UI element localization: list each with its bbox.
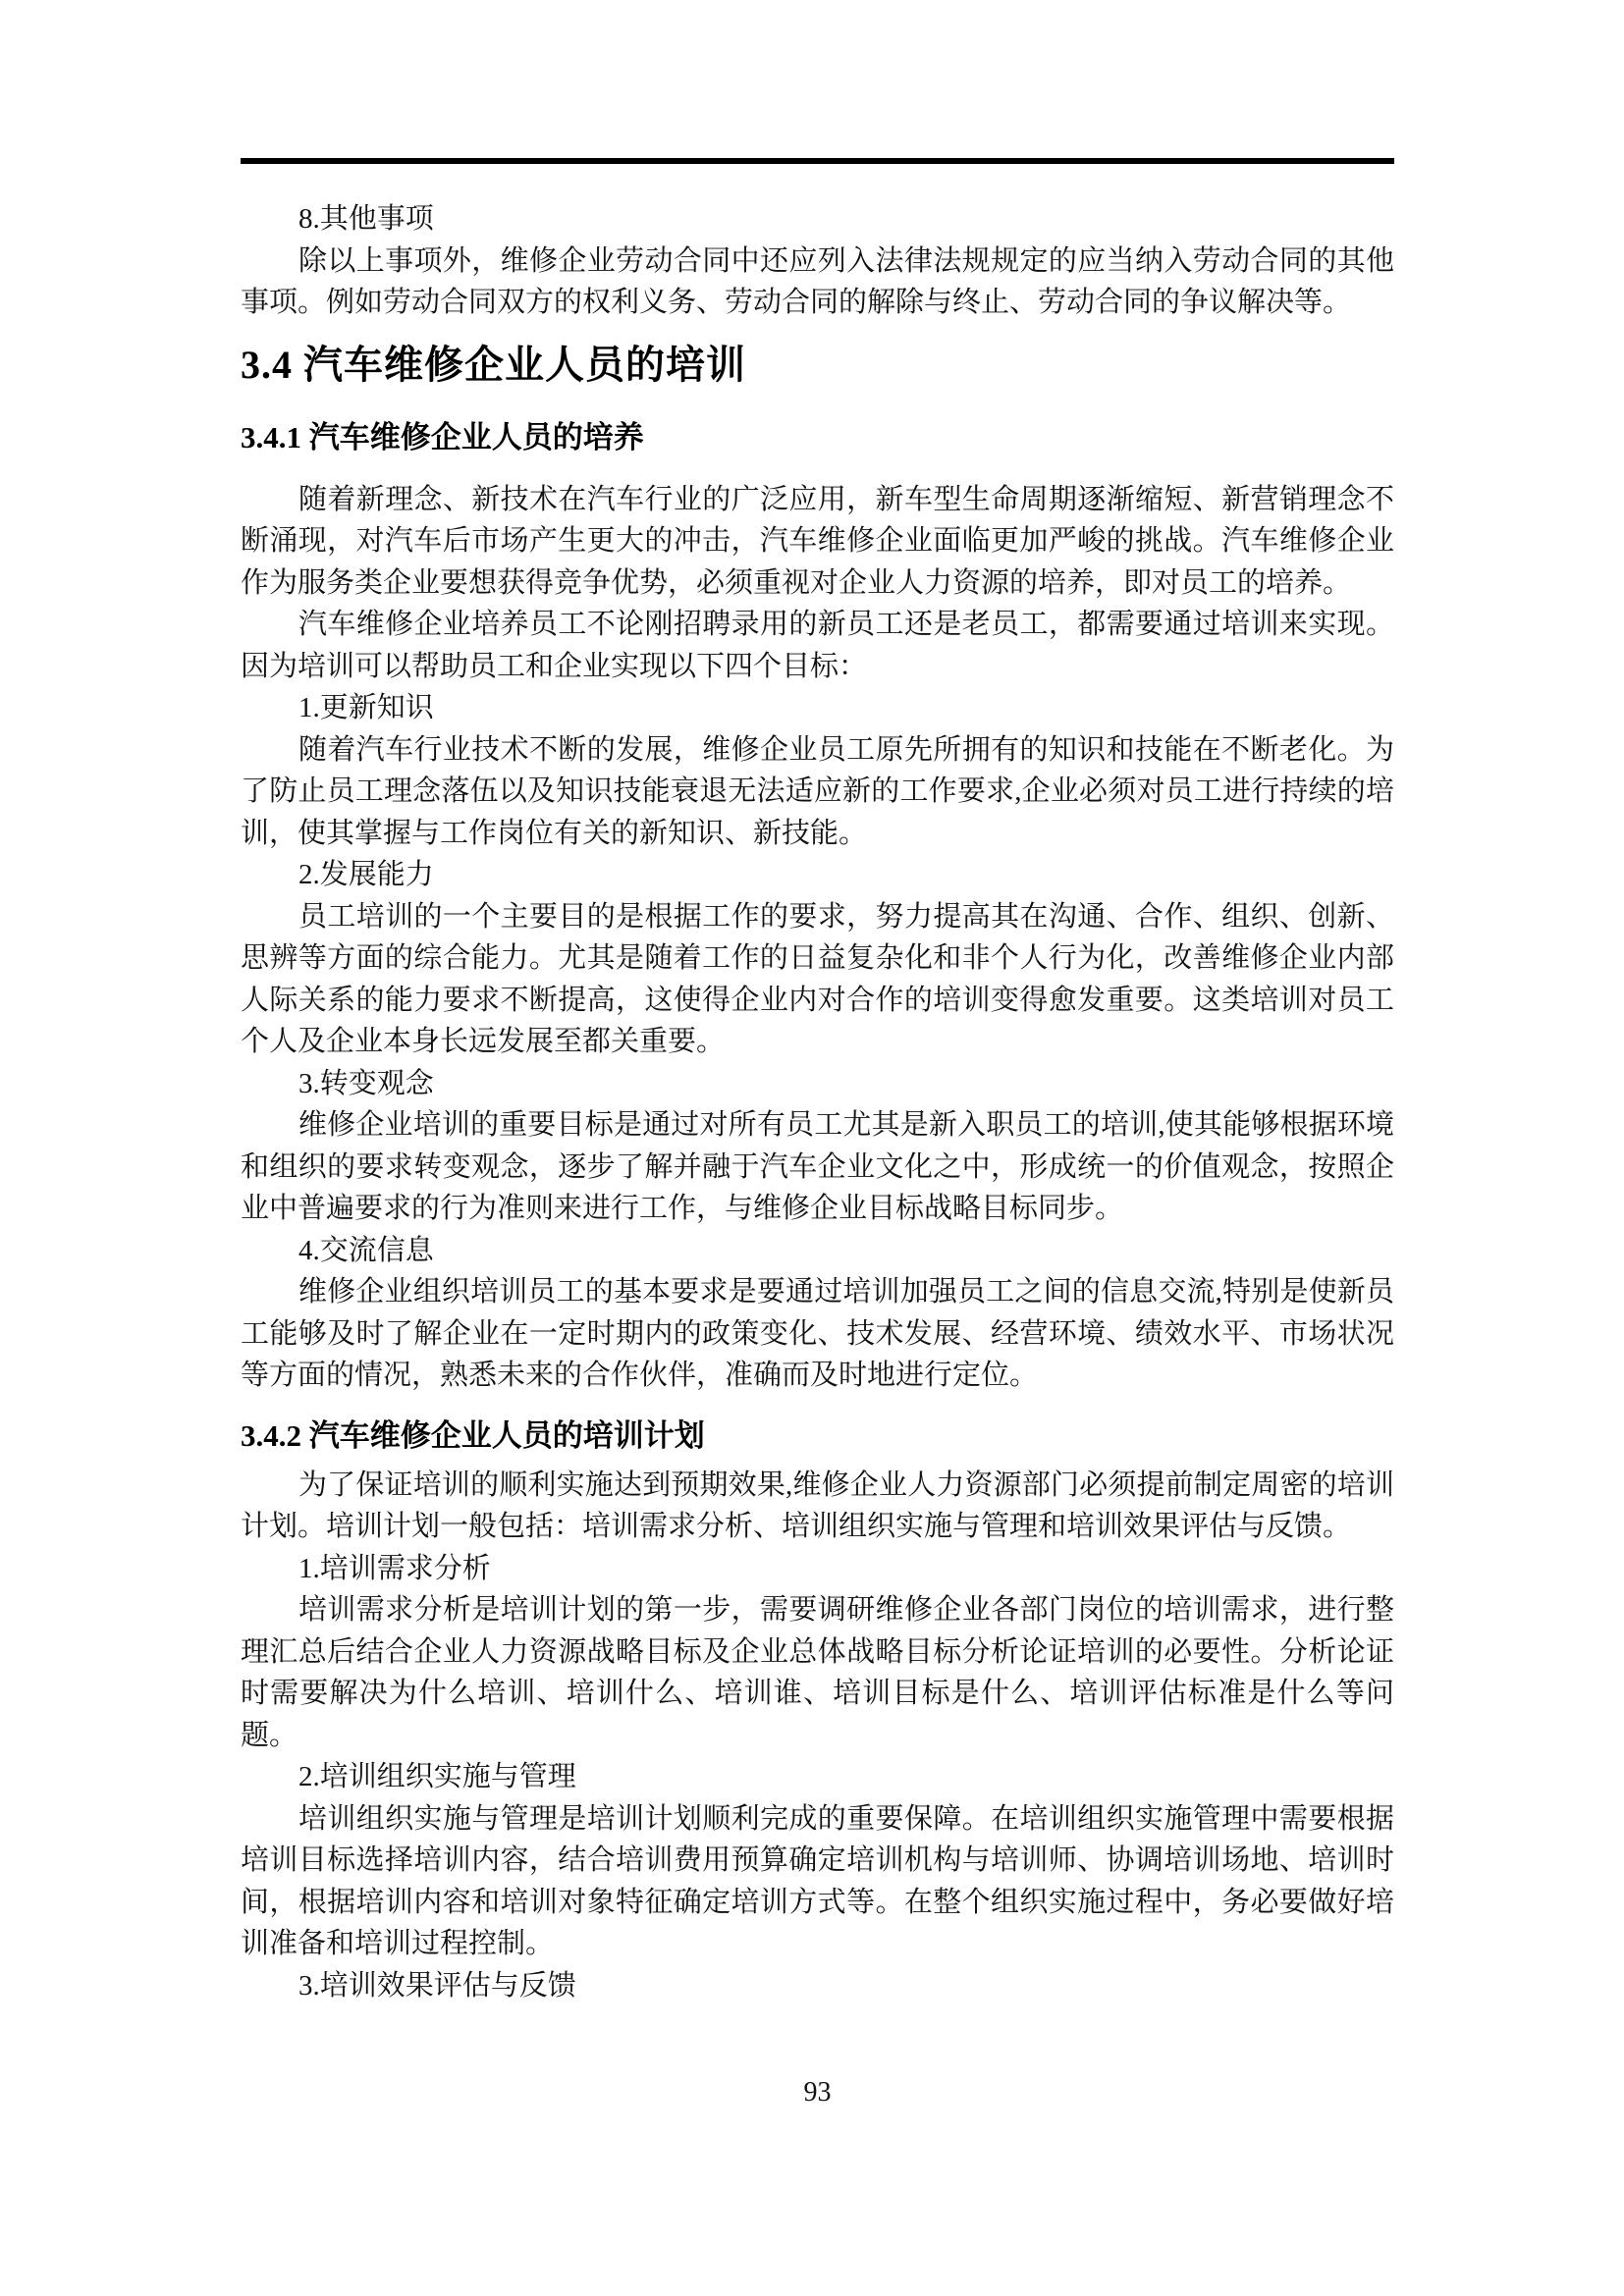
paragraph: 培训组织实施与管理是培训计划顺利完成的重要保障。在培训组织实施管理中需要根据培训… [241,1798,1394,1965]
list-item-title: 4.交流信息 [241,1230,1394,1272]
paragraph: 员工培训的一个主要目的是根据工作的要求，努力提高其在沟通、合作、组织、创新、思辨… [241,896,1394,1063]
page-number: 93 [241,2073,1394,2112]
paragraph: 维修企业培训的重要目标是通过对所有员工尤其是新入职员工的培训,使其能够根据环境和… [241,1104,1394,1230]
list-item-title: 2.发展能力 [241,854,1394,896]
subsection-heading-3-4-1: 3.4.1 汽车维修企业人员的培养 [241,416,1394,459]
subsection-heading-3-4-2: 3.4.2 汽车维修企业人员的培训计划 [241,1415,1394,1458]
list-item-title: 3.转变观念 [241,1063,1394,1105]
section-heading-3-4: 3.4 汽车维修企业人员的培训 [241,339,1394,392]
list-item-title: 1.更新知识 [241,687,1394,729]
list-item-title: 1.培训需求分析 [241,1548,1394,1590]
list-item-title: 2.培训组织实施与管理 [241,1756,1394,1798]
page-content: 8.其他事项 除以上事项外，维修企业劳动合同中还应列入法律法规规定的应当纳入劳动… [241,198,1394,2006]
paragraph: 汽车维修企业培养员工不论刚招聘录用的新员工还是老员工，都需要通过培训来实现。因为… [241,604,1394,687]
paragraph: 维修企业组织培训员工的基本要求是要通过培训加强员工之间的信息交流,特别是使新员工… [241,1271,1394,1397]
paragraph: 除以上事项外，维修企业劳动合同中还应列入法律法规规定的应当纳入劳动合同的其他事项… [241,240,1394,324]
list-item-title: 3.培训效果评估与反馈 [241,1965,1394,2007]
header-rule [241,158,1394,164]
paragraph: 随着汽车行业技术不断的发展，维修企业员工原先所拥有的知识和技能在不断老化。为了防… [241,729,1394,855]
document-page: 8.其他事项 除以上事项外，维修企业劳动合同中还应列入法律法规规定的应当纳入劳动… [0,0,1624,2296]
paragraph: 培训需求分析是培训计划的第一步，需要调研维修企业各部门岗位的培训需求，进行整理汇… [241,1589,1394,1756]
paragraph: 随着新理念、新技术在汽车行业的广泛应用，新车型生命周期逐渐缩短、新营销理念不断涌… [241,479,1394,605]
paragraph: 为了保证培训的顺利实施达到预期效果,维修企业人力资源部门必须提前制定周密的培训计… [241,1465,1394,1548]
list-item-title: 8.其他事项 [241,198,1394,240]
